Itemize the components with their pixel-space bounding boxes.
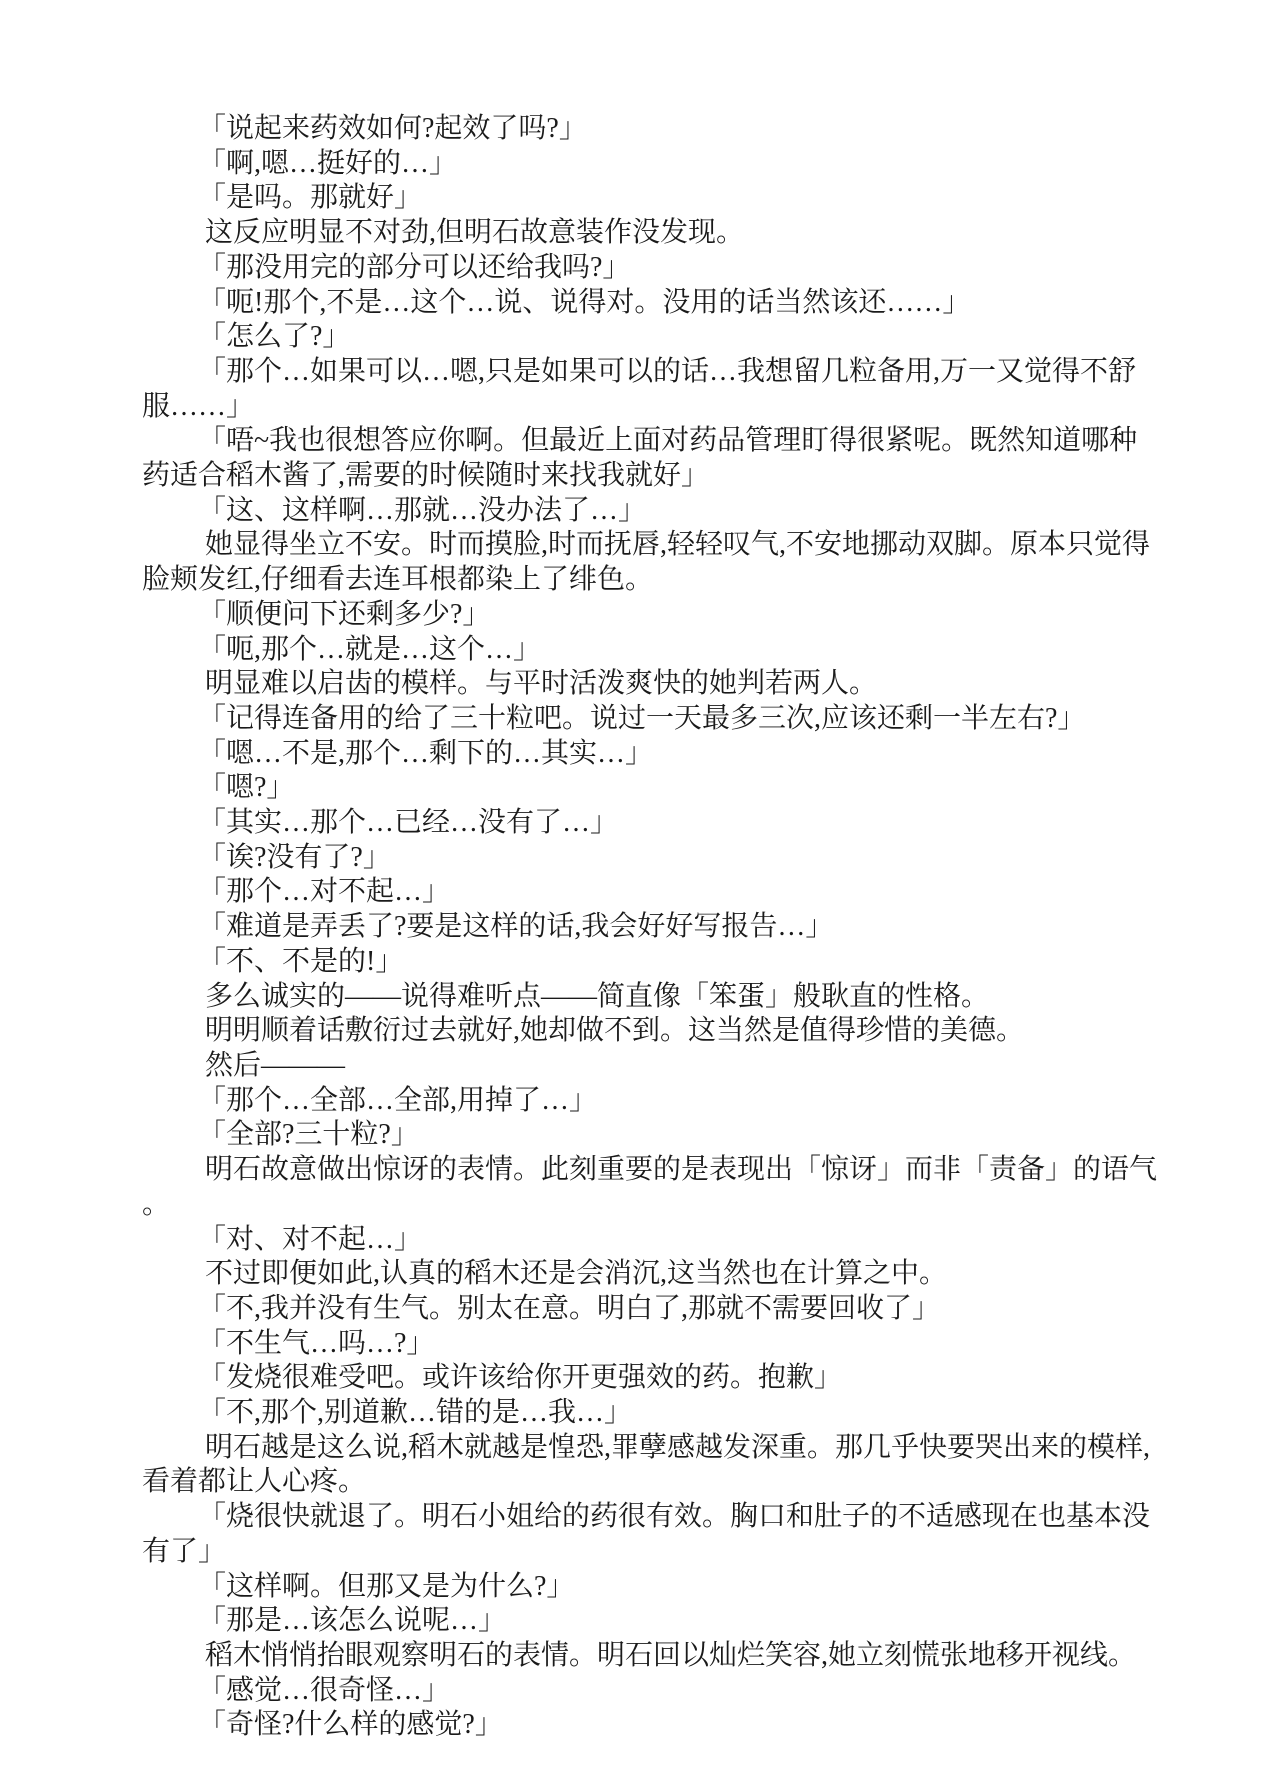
narration-paragraph: 稻木悄悄抬眼观察明石的表情。明石回以灿烂笑容,她立刻慌张地移开视线。: [142, 1639, 1160, 1674]
dialogue-paragraph: 「全部?三十粒?」: [142, 1118, 1160, 1153]
dialogue-paragraph: 「那是…该怎么说呢…」: [142, 1604, 1160, 1639]
dialogue-paragraph: 「怎么了?」: [142, 320, 1160, 355]
dialogue-paragraph: 「唔~我也很想答应你啊。但最近上面对药品管理盯得很紧呢。既然知道哪种药适合稻木酱…: [142, 424, 1160, 493]
narration-paragraph: 不过即便如此,认真的稻木还是会消沉,这当然也在计算之中。: [142, 1257, 1160, 1292]
text-content: 「说起来药效如何?起效了吗?」「啊,嗯…挺好的…」「是吗。那就好」这反应明显不对…: [142, 112, 1160, 1743]
dialogue-paragraph: 「烧很快就退了。明石小姐给的药很有效。胸口和肚子的不适感现在也基本没有了」: [142, 1500, 1160, 1569]
dialogue-paragraph: 「啊,嗯…挺好的…」: [142, 147, 1160, 182]
dialogue-paragraph: 「感觉…很奇怪…」: [142, 1674, 1160, 1709]
narration-paragraph: 她显得坐立不安。时而摸脸,时而抚唇,轻轻叹气,不安地挪动双脚。原本只觉得脸颊发红…: [142, 528, 1160, 597]
dialogue-paragraph: 「奇怪?什么样的感觉?」: [142, 1708, 1160, 1743]
novel-page: 「说起来药效如何?起效了吗?」「啊,嗯…挺好的…」「是吗。那就好」这反应明显不对…: [0, 0, 1280, 1790]
dialogue-paragraph: 「不、不是的!」: [142, 945, 1160, 980]
narration-paragraph: 明石越是这么说,稻木就越是惶恐,罪孽感越发深重。那几乎快要哭出来的模样,看着都让…: [142, 1431, 1160, 1500]
dialogue-paragraph: 「发烧很难受吧。或许该给你开更强效的药。抱歉」: [142, 1361, 1160, 1396]
dialogue-paragraph: 「记得连备用的给了三十粒吧。说过一天最多三次,应该还剩一半左右?」: [142, 702, 1160, 737]
dialogue-paragraph: 「难道是弄丢了?要是这样的话,我会好好写报告…」: [142, 910, 1160, 945]
dialogue-paragraph: 「不,那个,别道歉…错的是…我…」: [142, 1396, 1160, 1431]
dialogue-paragraph: 「那没用完的部分可以还给我吗?」: [142, 251, 1160, 286]
dialogue-paragraph: 「是吗。那就好」: [142, 181, 1160, 216]
dialogue-paragraph: 「嗯?」: [142, 771, 1160, 806]
dialogue-paragraph: 「这、这样啊…那就…没办法了…」: [142, 494, 1160, 529]
narration-paragraph: 明石故意做出惊讶的表情。此刻重要的是表现出「惊讶」而非「责备」的语气。: [142, 1153, 1160, 1222]
dialogue-paragraph: 「顺便问下还剩多少?」: [142, 598, 1160, 633]
narration-paragraph: 明明顺着话敷衍过去就好,她却做不到。这当然是值得珍惜的美德。: [142, 1014, 1160, 1049]
dialogue-paragraph: 「这样啊。但那又是为什么?」: [142, 1570, 1160, 1605]
dialogue-paragraph: 「不生气…吗…?」: [142, 1327, 1160, 1362]
dialogue-paragraph: 「嗯…不是,那个…剩下的…其实…」: [142, 737, 1160, 772]
dialogue-paragraph: 「对、对不起…」: [142, 1223, 1160, 1258]
dialogue-paragraph: 「说起来药效如何?起效了吗?」: [142, 112, 1160, 147]
dialogue-paragraph: 「不,我并没有生气。别太在意。明白了,那就不需要回收了」: [142, 1292, 1160, 1327]
narration-paragraph: 多么诚实的——说得难听点——简直像「笨蛋」般耿直的性格。: [142, 980, 1160, 1015]
dialogue-paragraph: 「诶?没有了?」: [142, 841, 1160, 876]
dialogue-paragraph: 「那个…全部…全部,用掉了…」: [142, 1084, 1160, 1119]
dialogue-paragraph: 「那个…如果可以…嗯,只是如果可以的话…我想留几粒备用,万一又觉得不舒服……」: [142, 355, 1160, 424]
dialogue-paragraph: 「呃,那个…就是…这个…」: [142, 633, 1160, 668]
dialogue-paragraph: 「那个…对不起…」: [142, 875, 1160, 910]
narration-paragraph: 明显难以启齿的模样。与平时活泼爽快的她判若两人。: [142, 667, 1160, 702]
dialogue-paragraph: 「呃!那个,不是…这个…说、说得对。没用的话当然该还……」: [142, 286, 1160, 321]
dialogue-paragraph: 「其实…那个…已经…没有了…」: [142, 806, 1160, 841]
narration-paragraph: 然后———: [142, 1049, 1160, 1084]
narration-paragraph: 这反应明显不对劲,但明石故意装作没发现。: [142, 216, 1160, 251]
